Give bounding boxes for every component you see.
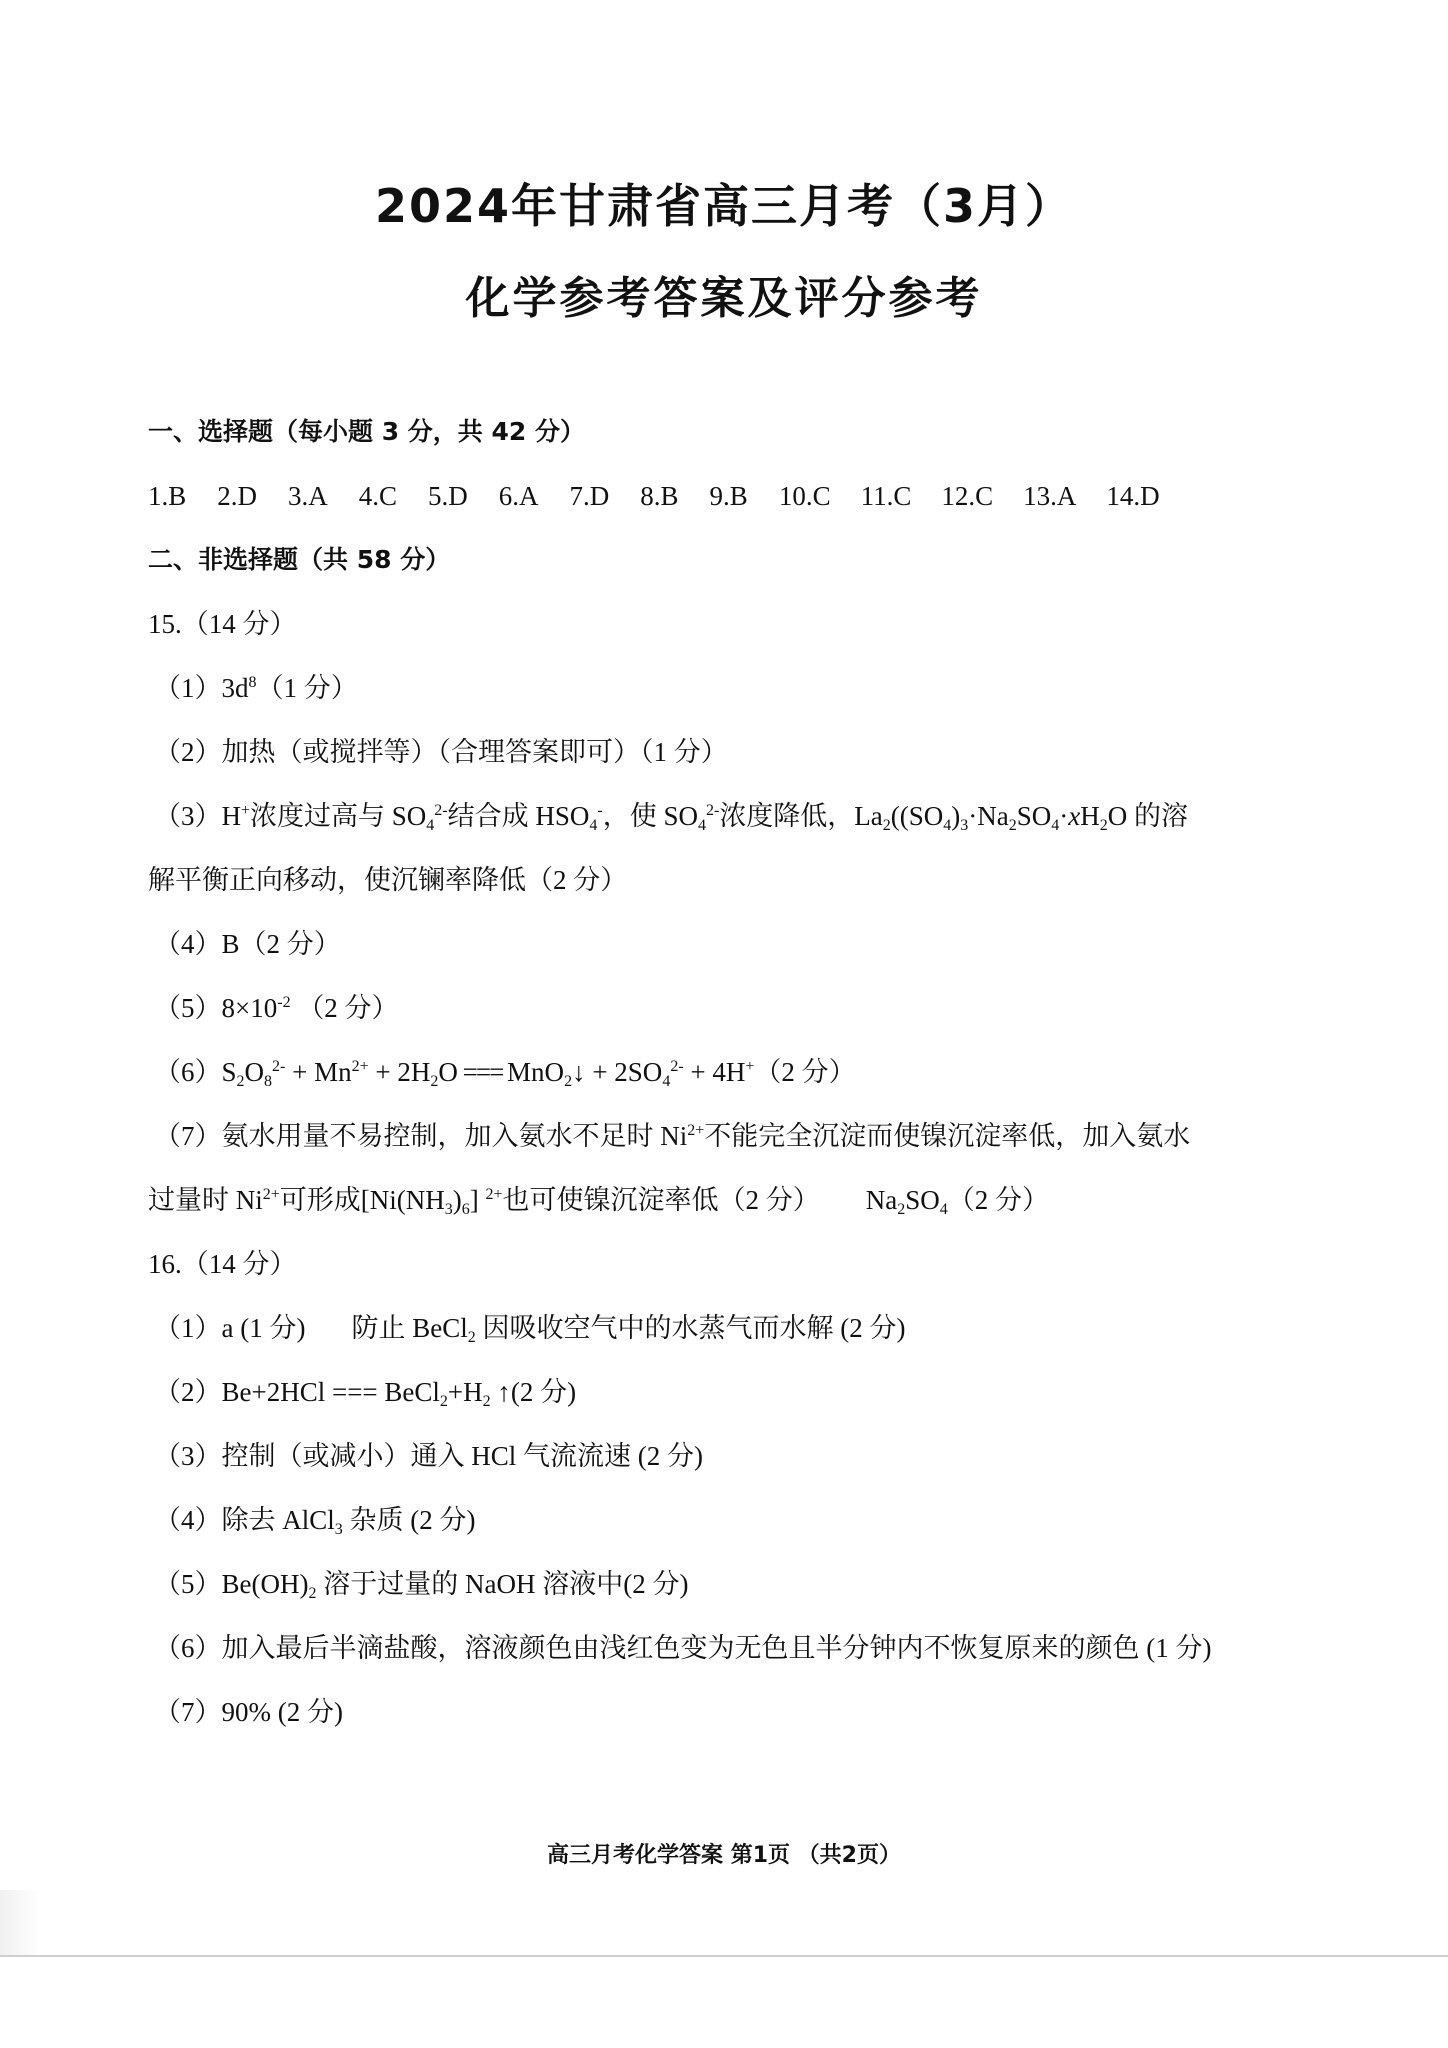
scan-shadow [0,1890,40,1955]
mc-answer: 6.A [499,472,539,536]
part-label: （5） [154,993,222,1023]
part-label: （1） [154,673,222,703]
superscript: 2+ [687,1122,704,1139]
subscript: 4 [589,817,597,834]
mc-answers-row: 1.B 2.D 3.A 4.C 5.D 6.A 7.D 8.B 9.B 10.C… [148,472,1308,536]
q16-part4: （4）除去 AlCl3 杂质 (2 分) [148,1496,1308,1560]
superscript: 2- [434,802,447,819]
precipitate-arrow: ↓ [572,1057,586,1087]
text: 也可使镍沉淀率低（2 分） [503,1185,820,1215]
superscript: + [241,802,250,819]
text: + Mn [285,1057,351,1087]
text: ) [453,1185,462,1215]
mc-answer: 2.D [217,472,257,536]
q16-part5: （5）Be(OH)2 溶于过量的 NaOH 溶液中(2 分) [148,1560,1308,1624]
text: O [438,1057,458,1087]
text: 结合成 HSO [448,801,590,831]
text: 过量时 Ni [148,1185,263,1215]
q15-part3-line2: 解平衡正向移动，使沉镧率降低（2 分） [148,856,1308,920]
subscript: 2 [883,817,891,834]
mc-answer: 13.A [1023,472,1076,536]
section1-heading: 一、选择题（每小题 3 分，共 42 分） [148,408,1308,472]
equation-sign: === [458,1057,507,1087]
subscript: 2 [468,1329,476,1346]
section2-heading: 二、非选择题（共 58 分） [148,536,1308,600]
subscript: 8 [264,1073,272,1090]
text: + 4H [684,1057,746,1087]
mc-answer: 11.C [861,472,912,536]
superscript: 2+ [486,1186,503,1203]
mc-answer: 10.C [779,472,831,536]
text: · [1059,801,1068,831]
page-footer: 高三月考化学答案 第1页 （共2页） [0,1838,1448,1869]
subscript: 2 [564,1073,572,1090]
document-title: 2024年甘肃省高三月考（3月） [0,170,1448,236]
subscript: 4 [698,817,706,834]
subscript: 2 [483,1393,491,1410]
q15-part2: （2）加热（或搅拌等）（合理答案即可）（1 分） [148,728,1308,792]
mc-answer: 5.D [428,472,468,536]
q16-part6: （6）加入最后半滴盐酸，溶液颜色由浅红色变为无色且半分钟内不恢复原来的颜色 (1… [148,1624,1308,1688]
mc-answer: 4.C [359,472,397,536]
text: （7）氨水用量不易控制，加入氨水不足时 Ni [154,1121,687,1151]
q15-part7-line1: （7）氨水用量不易控制，加入氨水不足时 Ni2+不能完全沉淀而使镍沉淀率低，加入… [148,1112,1308,1176]
part-label: （3） [154,801,222,831]
superscript: 8 [249,674,257,691]
subscript: 4 [662,1073,670,1090]
superscript: 2- [670,1058,683,1075]
q15-part4: （4）B（2 分） [148,920,1308,984]
text: O [245,1057,265,1087]
text: （4）除去 AlCl [154,1505,335,1535]
q16-part2: （2）Be+2HCl === BeCl2+H2 ↑(2 分) [148,1368,1308,1432]
subscript: 2 [237,1073,245,1090]
q15-header: 15.（14 分） [148,600,1308,664]
score-text: （1 分） [257,673,358,703]
text: O 的溶 [1108,801,1188,831]
text: + 2SO [586,1057,663,1087]
subscript: 2 [440,1393,448,1410]
text: MnO [507,1057,564,1087]
text: Na [866,1185,897,1215]
subscript: 2 [1100,817,1108,834]
subscript: 3 [335,1521,343,1538]
mc-answer: 14.D [1106,472,1159,536]
subscript: 3 [445,1201,453,1218]
mc-answer: 12.C [941,472,993,536]
q15-part1: （1）3d8（1 分） [148,664,1308,728]
text: +H [448,1377,483,1407]
text: （2）Be+2HCl === BeCl [154,1377,440,1407]
q16-part1: （1）a (1 分)防止 BeCl2 因吸收空气中的水蒸气而水解 (2 分) [148,1304,1308,1368]
text: ) [951,801,960,831]
q15-part6: （6）S2O82- + Mn2+ + 2H2O === MnO2↓ + 2SO4… [148,1048,1308,1112]
q15-part5: （5）8×10-2 （2 分） [148,984,1308,1048]
subscript: 6 [462,1201,470,1218]
superscript: 2- [272,1058,285,1075]
document-subtitle: 化学参考答案及评分参考 [0,262,1448,326]
superscript: -2 [277,994,290,1011]
subscript: 4 [426,817,434,834]
text: ·Na [968,801,1008,831]
q16-part3: （3）控制（或减小）通入 HCl 气流流速 (2 分) [148,1432,1308,1496]
text: ↑(2 分) [491,1377,576,1407]
superscript: 2- [706,802,719,819]
q15-part3-line1: （3）H+浓度过高与 SO42-结合成 HSO4-，使 SO42-浓度降低，La… [148,792,1308,856]
mc-answer: 7.D [570,472,610,536]
text: 浓度降低，La [719,801,882,831]
superscript: 2+ [263,1186,280,1203]
answer-content: 一、选择题（每小题 3 分，共 42 分） 1.B 2.D 3.A 4.C 5.… [148,408,1308,1752]
text: SO [905,1185,940,1215]
text: ] [470,1185,486,1215]
mc-answer: 9.B [710,472,748,536]
document-page: 2024年甘肃省高三月考（3月） 化学参考答案及评分参考 一、选择题（每小题 3… [0,0,1448,1956]
text: + 2H [369,1057,431,1087]
text: （5）Be(OH) [154,1569,308,1599]
text: H [222,801,242,831]
text: 可形成[Ni(NH [280,1185,445,1215]
q16-part7: （7）90% (2 分) [148,1688,1308,1752]
answer-text: 3d [222,673,249,703]
text: S [222,1057,237,1087]
mc-answer: 8.B [640,472,678,536]
q16-header: 16.（14 分） [148,1240,1308,1304]
text: 浓度过高与 SO [250,801,426,831]
italic-variable: x [1068,801,1080,831]
text: （1）a (1 分) [154,1313,305,1343]
text: 不能完全沉淀而使镍沉淀率低，加入氨水 [704,1121,1190,1151]
subscript: 4 [940,1201,948,1218]
text: ，使 SO [603,801,698,831]
score-text: （2 分） [754,1057,855,1087]
text: SO [1017,801,1052,831]
text: 防止 BeCl [351,1313,467,1343]
subscript: 2 [1009,817,1017,834]
text: 因吸收空气中的水蒸气而水解 (2 分) [476,1313,906,1343]
q15-part7-line2: 过量时 Ni2+可形成[Ni(NH3)6] 2+也可使镍沉淀率低（2 分）Na2… [148,1176,1308,1240]
text: 溶于过量的 NaOH 溶液中(2 分) [316,1569,688,1599]
mc-answer: 1.B [148,472,186,536]
score-text: （2 分） [291,993,399,1023]
mc-answer: 3.A [288,472,328,536]
text: 杂质 (2 分) [343,1505,476,1535]
answer-text: 8×10 [222,993,278,1023]
text: H [1080,801,1100,831]
superscript: 2+ [352,1058,369,1075]
score-text: （2 分） [948,1185,1049,1215]
background-below-page [0,1957,1448,2048]
part-label: （6） [154,1057,222,1087]
text: ((SO [891,801,944,831]
